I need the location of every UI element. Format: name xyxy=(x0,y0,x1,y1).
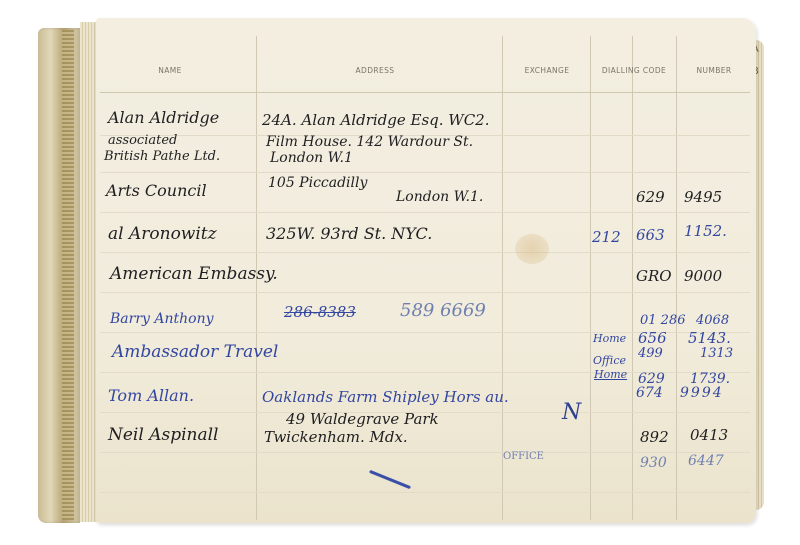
coffee-stain xyxy=(515,234,549,264)
entry-name: Tom Allan. xyxy=(108,386,194,405)
entry-name: Ambassador Travel xyxy=(112,342,278,362)
entry-number: 9495 xyxy=(684,188,722,206)
entry-address: 589 6669 xyxy=(400,300,486,321)
entry-dialling-code: 656 xyxy=(638,329,667,347)
entry-number: 4068 xyxy=(696,313,729,328)
entry-label: Home xyxy=(594,368,627,381)
entry-number: 6447 xyxy=(688,453,724,469)
column-header-number: NUMBER xyxy=(684,66,744,75)
entry-address: 105 Piccadilly xyxy=(268,175,367,191)
entry-dialling-code: 629 xyxy=(636,188,665,206)
entry-dialling-code: 499 xyxy=(638,346,663,361)
entry-exchange: 212 xyxy=(592,228,621,246)
entry-address: London W.1 xyxy=(270,150,353,166)
pen-mark-n: N xyxy=(562,400,581,425)
entry-number: 1313 xyxy=(700,346,733,361)
entry-dialling-code: 01 286 xyxy=(640,313,686,328)
entry-address: Film House. 142 Wardour St. xyxy=(266,134,473,150)
entry-number: 9000 xyxy=(684,267,722,285)
entry-dialling-code: 930 xyxy=(640,455,667,471)
entry-dialling-code: 674 xyxy=(636,385,663,401)
column-divider xyxy=(502,36,503,520)
entry-address: London W.1. xyxy=(396,189,483,205)
entry-name: associated xyxy=(108,133,177,148)
column-divider xyxy=(676,36,677,520)
entry-dialling-code: 892 xyxy=(640,428,669,446)
column-divider xyxy=(590,36,591,520)
entry-number: 5143. xyxy=(688,329,731,347)
entry-name: American Embassy. xyxy=(110,264,278,284)
address-book: A B NAME ADDRESS EXCHANGE DIALLING CODE … xyxy=(0,0,800,545)
entry-dialling-code: GRO xyxy=(636,267,672,285)
entry-name: Arts Council xyxy=(106,181,207,200)
column-header-dialling-code: DIALLING CODE xyxy=(594,66,674,75)
entry-address: Twickenham. Mdx. xyxy=(264,428,408,446)
row-rule xyxy=(100,452,750,453)
entry-address: 24A. Alan Aldridge Esq. WC2. xyxy=(262,111,490,129)
entry-label: Home xyxy=(593,332,626,345)
row-rule xyxy=(100,172,750,173)
column-header-name: NAME xyxy=(150,66,190,75)
row-rule xyxy=(100,252,750,253)
entry-name: Alan Aldridge xyxy=(108,108,219,127)
column-header-address: ADDRESS xyxy=(340,66,410,75)
entry-address: Oaklands Farm Shipley Hors au. xyxy=(262,388,509,406)
entry-address: 325W. 93rd St. NYC. xyxy=(266,224,432,243)
entry-name: Barry Anthony xyxy=(110,311,214,327)
row-rule xyxy=(100,492,750,493)
entry-number: 9994 xyxy=(680,385,724,401)
entry-name: British Pathe Ltd. xyxy=(104,149,220,164)
column-divider xyxy=(632,36,633,520)
binding-stitches xyxy=(62,30,74,520)
entry-dialling-code: 663 xyxy=(636,226,665,244)
header-rule xyxy=(100,92,750,93)
entry-address-struck: 286-8383 xyxy=(284,303,356,321)
row-rule xyxy=(100,212,750,213)
entry-label: Office xyxy=(593,354,626,367)
entry-name: Neil Aspinall xyxy=(108,425,219,445)
entry-name: al Aronowitz xyxy=(108,224,217,244)
entry-number: 0413 xyxy=(690,426,728,444)
column-header-exchange: EXCHANGE xyxy=(512,66,582,75)
entry-address: 49 Waldegrave Park xyxy=(286,410,439,428)
row-rule xyxy=(100,292,750,293)
entry-number: 1152. xyxy=(684,222,727,240)
entry-label: OFFICE xyxy=(503,451,544,462)
